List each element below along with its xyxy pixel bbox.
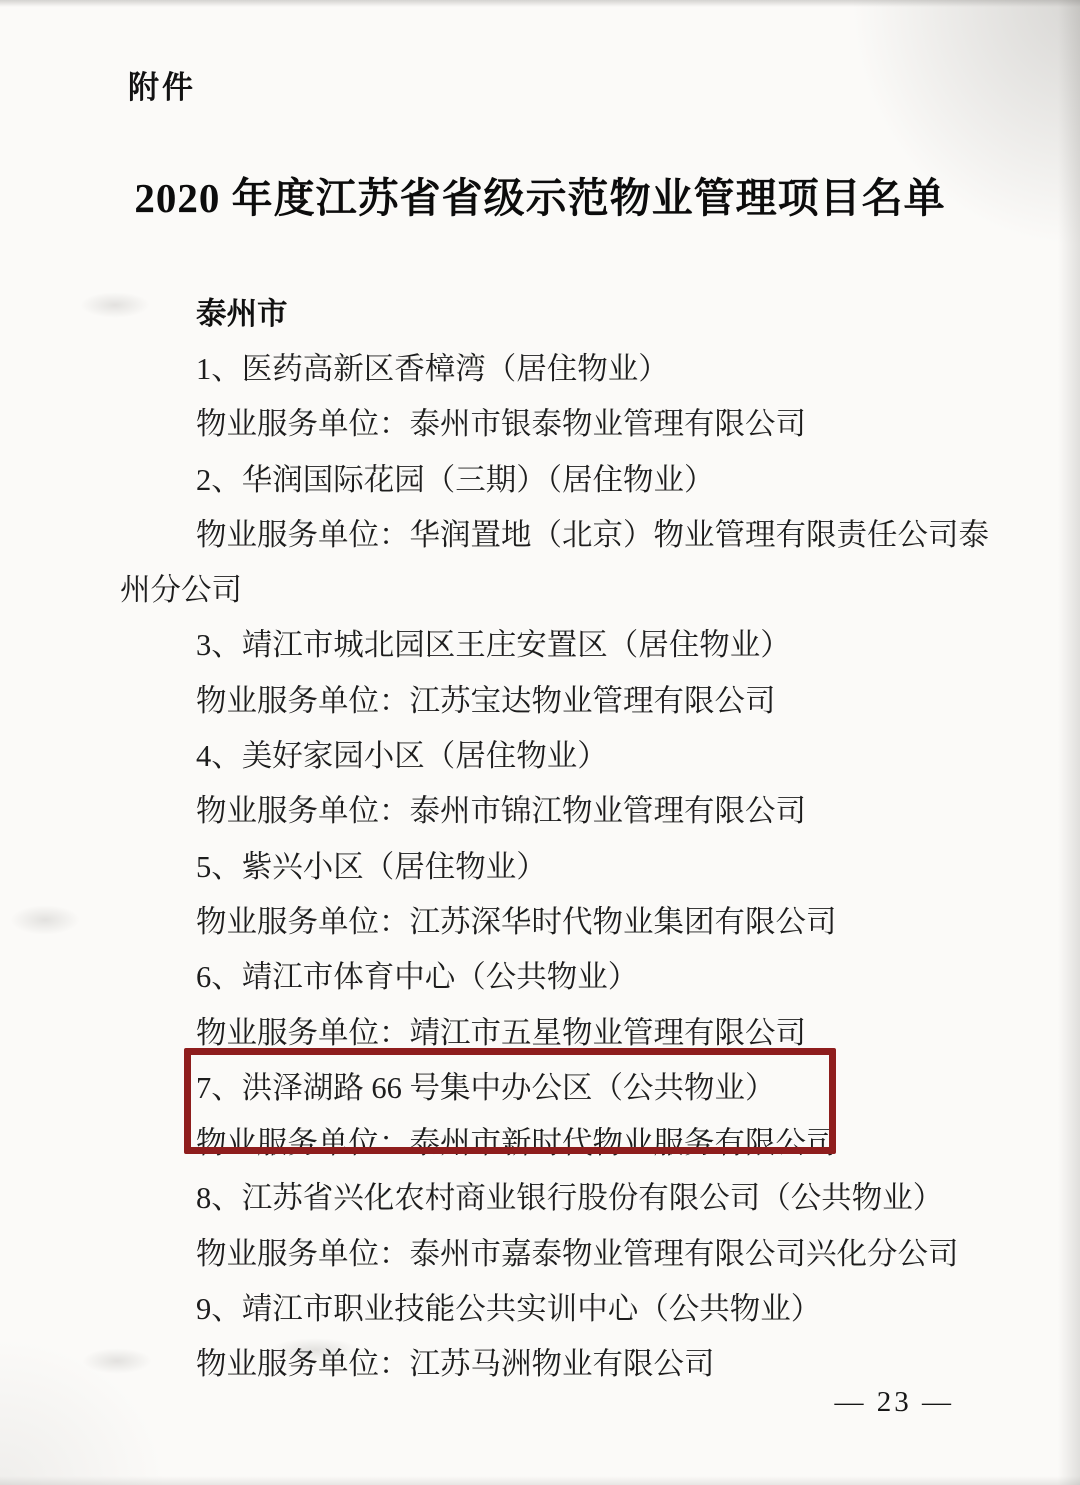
document-line-provider: 物业服务单位：江苏马洲物业有限公司 <box>120 1334 1020 1389</box>
scan-edge-bottom <box>0 1476 1080 1485</box>
document-line-project: 1、医药高新区香樟湾（居住物业） <box>120 338 1020 393</box>
document-line-provider: 物业服务单位：泰州市新时代物业服务有限公司 <box>120 1112 1020 1167</box>
document-line-provider: 物业服务单位：靖江市五星物业管理有限公司 <box>120 1002 1020 1057</box>
document-line-project: 5、紫兴小区（居住物业） <box>120 836 1020 891</box>
document-line-project: 2、华润国际花园（三期）（居住物业） <box>120 449 1020 504</box>
document-line-city-header: 泰州市 <box>120 283 1020 338</box>
page-number: — 23 — <box>835 1386 955 1419</box>
scan-corner-shadow <box>820 0 1080 280</box>
document-line-project: 6、靖江市体育中心（公共物业） <box>120 947 1020 1002</box>
document-line-provider: 物业服务单位：华润置地（北京）物业管理有限责任公司泰 <box>120 504 1020 559</box>
document-line-provider-wrap: 州分公司 <box>120 559 1020 614</box>
document-line-provider: 物业服务单位：泰州市嘉泰物业管理有限公司兴化分公司 <box>120 1223 1020 1278</box>
document-line-provider: 物业服务单位：江苏宝达物业管理有限公司 <box>120 670 1020 725</box>
document-line-project: 3、靖江市城北园区王庄安置区（居住物业） <box>120 615 1020 670</box>
document-line-project: 7、洪泽湖路 66 号集中办公区（公共物业） <box>120 1057 1020 1112</box>
project-list: 泰州市1、医药高新区香樟湾（居住物业）物业服务单位：泰州市银泰物业管理有限公司2… <box>120 283 1020 1389</box>
document-line-provider: 物业服务单位：江苏深华时代物业集团有限公司 <box>120 891 1020 946</box>
document-title: 2020 年度江苏省省级示范物业管理项目名单 <box>0 165 1080 224</box>
attachment-label: 附件 <box>128 62 196 107</box>
scanned-document-page: 附件 2020 年度江苏省省级示范物业管理项目名单 泰州市1、医药高新区香樟湾（… <box>0 0 1080 1485</box>
document-line-provider: 物业服务单位：泰州市锦江物业管理有限公司 <box>120 781 1020 836</box>
document-line-project: 4、美好家园小区（居住物业） <box>120 725 1020 780</box>
document-line-project: 9、靖江市职业技能公共实训中心（公共物业） <box>120 1278 1020 1333</box>
document-line-project: 8、江苏省兴化农村商业银行股份有限公司（公共物业） <box>120 1168 1020 1223</box>
scan-smudge <box>10 905 80 935</box>
document-line-provider: 物业服务单位：泰州市银泰物业管理有限公司 <box>120 394 1020 449</box>
